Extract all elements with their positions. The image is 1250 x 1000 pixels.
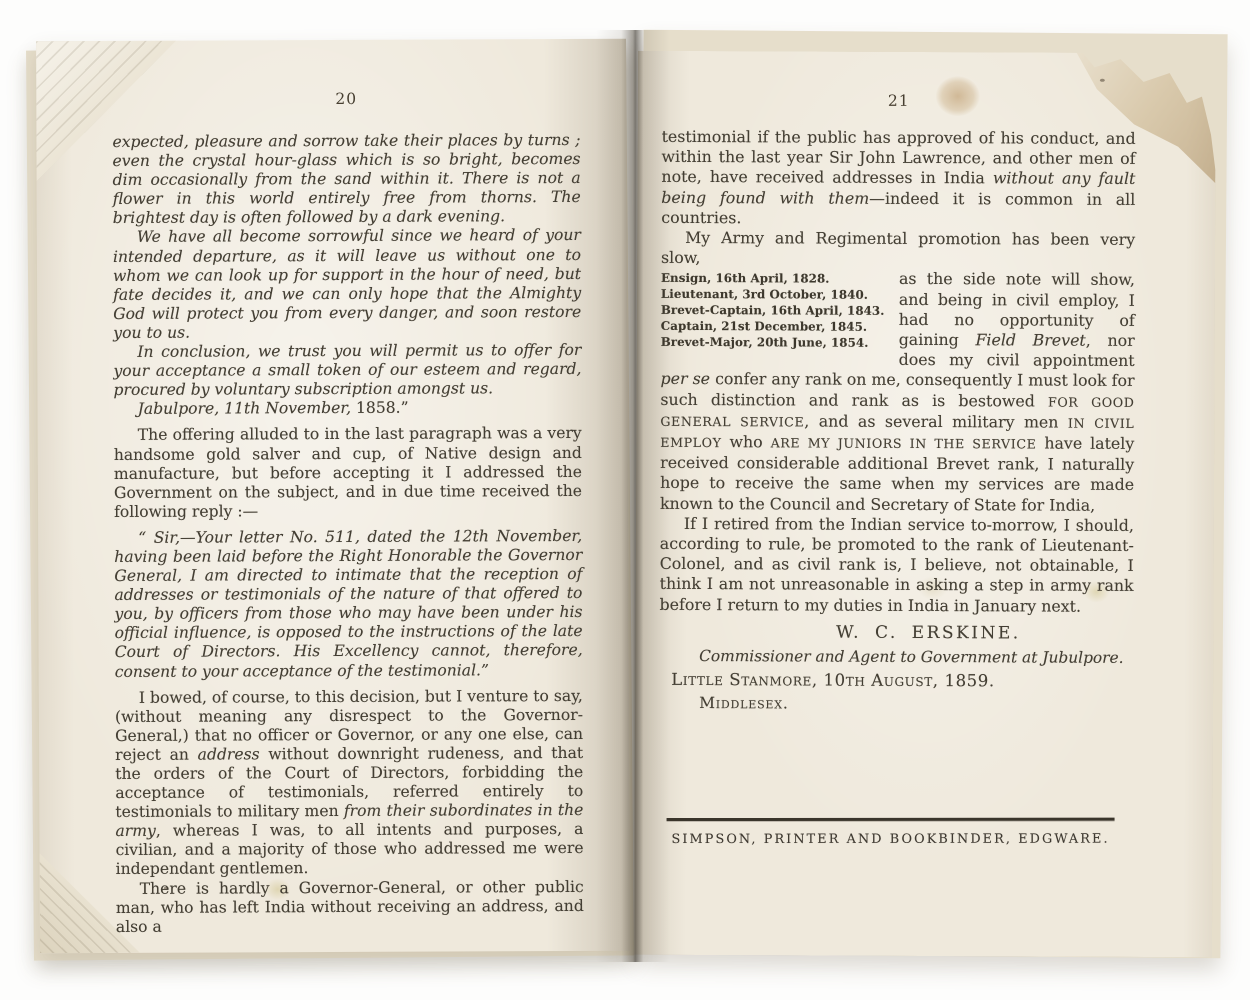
sidenote-line-brevet-major: Brevet-Major, 20th June, 1854. — [661, 334, 889, 351]
printer-imprint-block: SIMPSON, PRINTER AND BOOKBINDER, EDGWARE… — [667, 818, 1115, 847]
dateline-place: Jabulpore, 11th November, — [138, 399, 356, 418]
para-promotion-text: who — [722, 432, 771, 451]
page-number-21: 21 — [662, 91, 1136, 111]
para-promotion-text: , and as several military men — [804, 411, 1068, 431]
para-bowed-text: , whereas I was, to all intents and purp… — [116, 820, 584, 878]
book-page-21: 21 testimonial if the public has approve… — [634, 51, 1216, 958]
para-offering: The offering alluded to in the last para… — [114, 424, 582, 522]
sidenote-line-ensign: Ensign, 16th April, 1828. — [661, 270, 889, 287]
page-number-20: 20 — [112, 89, 580, 109]
para-hardly: There is hardly a Governor-General, or o… — [116, 877, 584, 936]
para-testimonial: testimonial if the public has approved o… — [661, 127, 1135, 230]
printer-imprint: SIMPSON, PRINTER AND BOOKBINDER, EDGWARE… — [667, 831, 1115, 846]
signature-name: W. C. ERSKINE. — [659, 622, 1133, 644]
para-promotion-smallcaps: ARE MY JUNIORS IN THE SERVICE — [771, 435, 1037, 451]
para-bowed-italic-address: address — [198, 745, 260, 763]
para-promotion-italic-field-brevet: Field Brevet — [975, 330, 1085, 349]
photo-backdrop: 20 expected, pleasure and sorrow take th… — [0, 0, 1250, 1000]
imprint-rule — [667, 818, 1115, 821]
para-promotion-italic-per-se: per se — [661, 369, 711, 388]
county: Middlesex. — [659, 693, 1133, 715]
book-page-20: 20 expected, pleasure and sorrow take th… — [36, 39, 630, 954]
para-promotion: My Army and Regimental promotion has bee… — [660, 228, 1135, 516]
sidenote-line-captain: Captain, 21st December, 1845. — [661, 318, 889, 335]
signature-title: Commissioner and Agent to Government at … — [659, 646, 1133, 668]
para-address-sorrowful: We have all become sorrowful since we he… — [113, 226, 581, 343]
para-address-continuation: expected, pleasure and sorrow take their… — [112, 131, 580, 229]
sidenote-line-lieutenant: Lieutenant, 3rd October, 1840. — [661, 286, 889, 303]
para-address-conclusion: In conclusion, we trust you will permit … — [113, 341, 581, 400]
para-dateline: Jabulpore, 11th November, 1858.” — [114, 398, 582, 419]
ink-speck — [1100, 79, 1105, 82]
signature-block: W. C. ERSKINE. Commissioner and Agent to… — [659, 622, 1133, 716]
page-20-text: expected, pleasure and sorrow take their… — [112, 131, 584, 937]
para-government-reply: “ Sir,—Your letter No. 511, dated the 12… — [114, 527, 583, 682]
para-retired: If I retired from the Indian service to-… — [660, 514, 1134, 617]
promotion-dates-sidenote: Ensign, 16th April, 1828. Lieutenant, 3r… — [661, 270, 889, 351]
page-21-text: testimonial if the public has approved o… — [659, 127, 1136, 716]
para-bowed: I bowed, of course, to this decision, bu… — [115, 687, 584, 880]
para-promotion-first-line: My Army and Regimental promotion has bee… — [661, 228, 1135, 270]
sidenote-line-brevet-captain: Brevet-Captain, 16th April, 1843. — [661, 302, 889, 319]
dateline-year: 1858.” — [356, 399, 409, 417]
place-and-date: Little Stanmore, 10th August, 1859. — [659, 670, 1133, 692]
